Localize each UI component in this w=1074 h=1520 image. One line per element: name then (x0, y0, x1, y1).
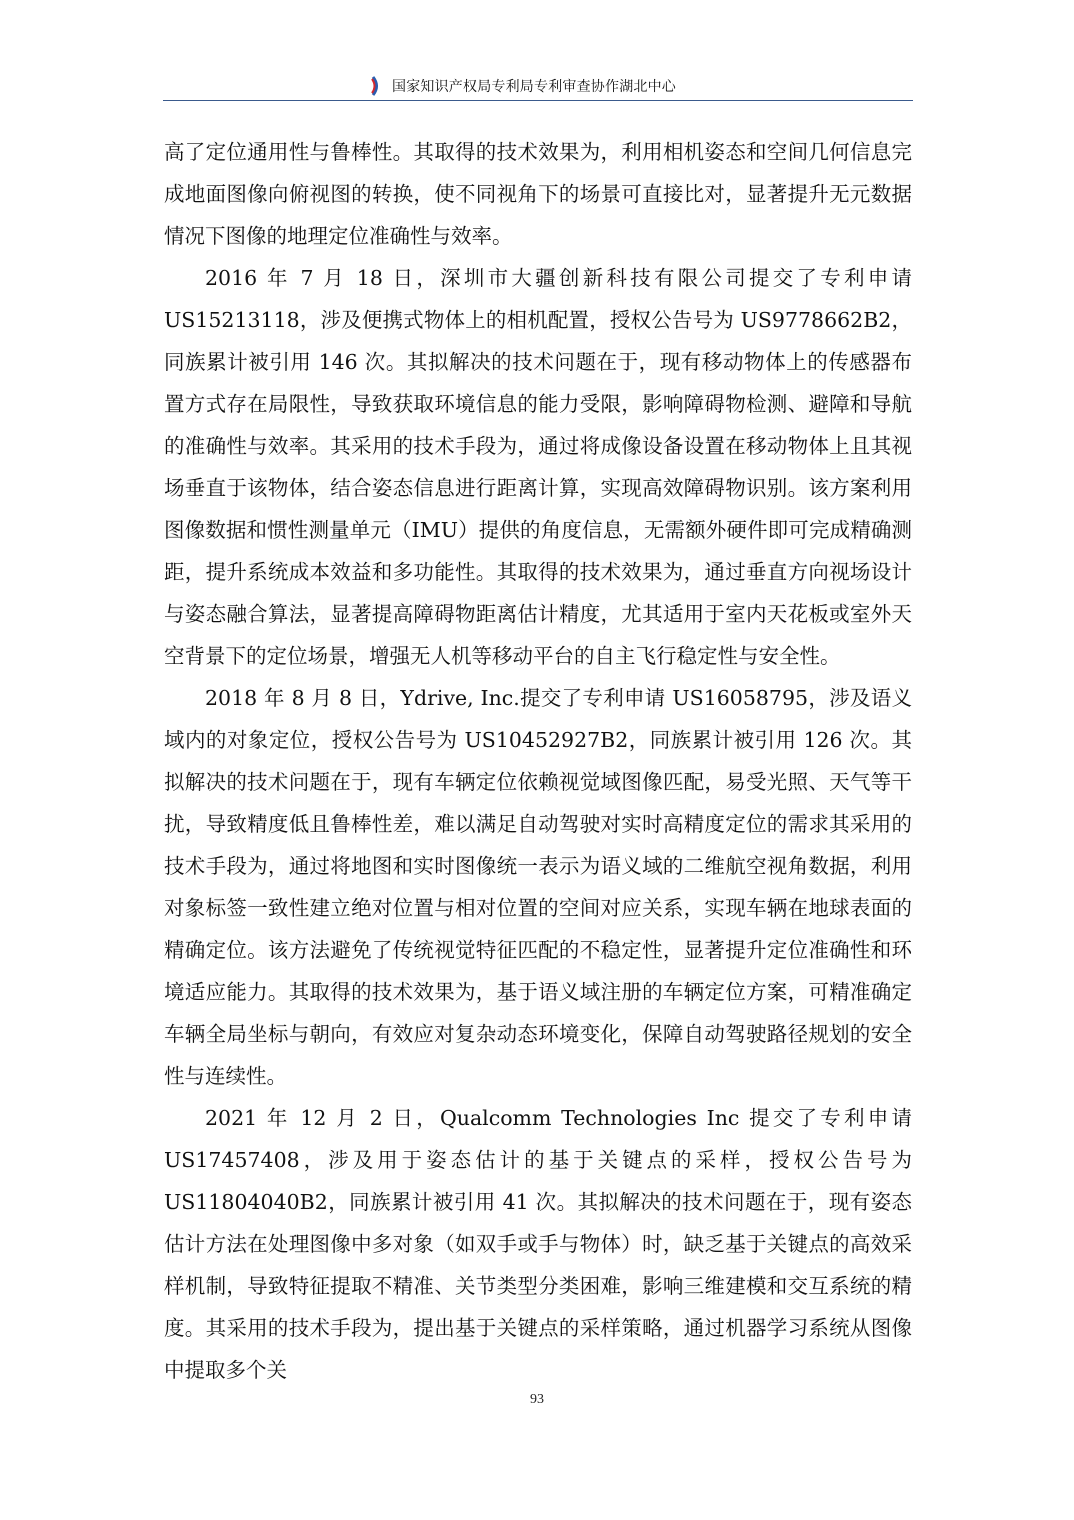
paragraph-continuation: 高了定位通用性与鲁棒性。其取得的技术效果为，利用相机姿态和空间几何信息完成地面图… (164, 131, 912, 257)
paragraph-ydrive-patent: 2018 年 8 月 8 日，Ydrive, Inc.提交了专利申请 US160… (164, 677, 912, 1097)
paragraph-dji-patent: 2016 年 7 月 18 日，深圳市大疆创新科技有限公司提交了专利申请 US1… (164, 257, 912, 677)
header-inner: 国家知识产权局专利局专利审查协作湖北中心 (370, 76, 676, 96)
cnipa-logo-icon (370, 76, 382, 96)
document-body: 高了定位通用性与鲁棒性。其取得的技术效果为，利用相机姿态和空间几何信息完成地面图… (164, 131, 912, 1391)
header-title: 国家知识产权局专利局专利审查协作湖北中心 (392, 76, 676, 96)
paragraph-qualcomm-patent: 2021 年 12 月 2 日，Qualcomm Technologies In… (164, 1097, 912, 1391)
page-number: 93 (0, 1392, 1074, 1408)
page-header: 国家知识产权局专利局专利审查协作湖北中心 (163, 72, 913, 101)
